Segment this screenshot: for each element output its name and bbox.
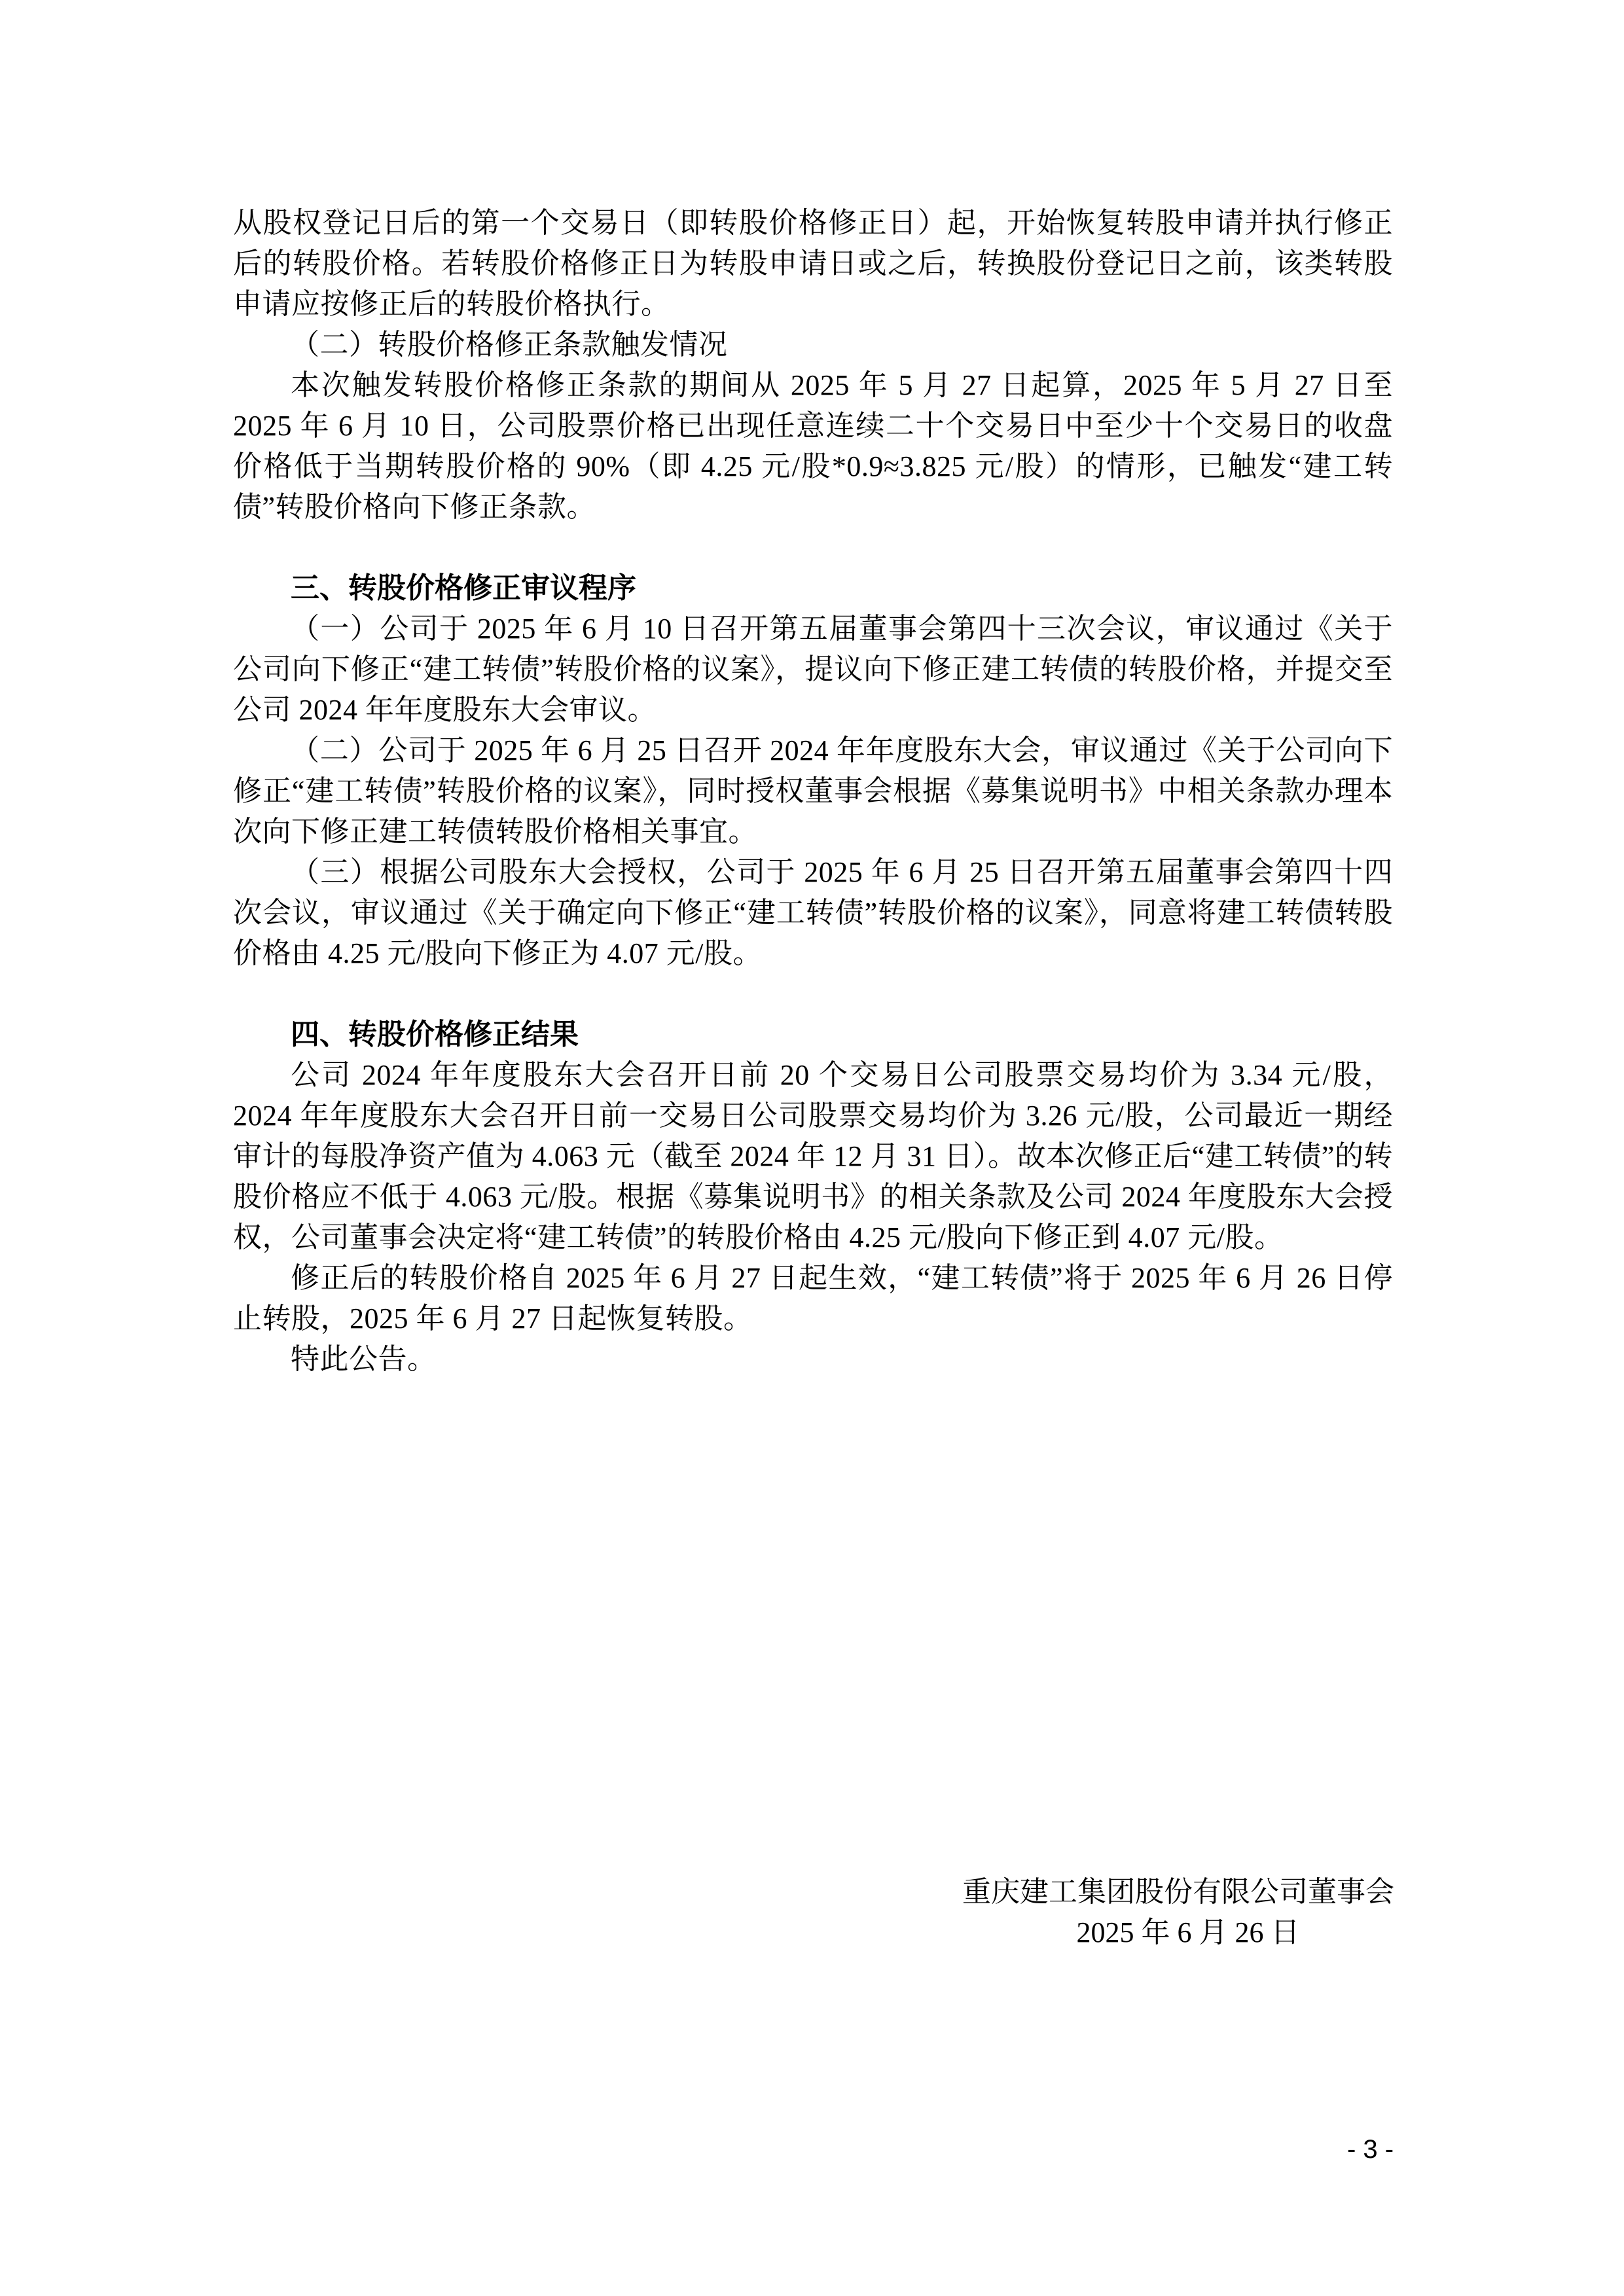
paragraph-effective-date: 修正后的转股价格自 2025 年 6 月 27 日起生效，“建工转债”将于 20… bbox=[233, 1258, 1393, 1339]
paragraph-trigger-details: 本次触发转股价格修正条款的期间从 2025 年 5 月 27 日起算，2025 … bbox=[233, 365, 1393, 528]
signing-organization: 重庆建工集团股份有限公司董事会 bbox=[851, 1872, 1394, 1912]
paragraph-revision-basis: 公司 2024 年年度股东大会召开日前 20 个交易日公司股票交易均价为 3.3… bbox=[233, 1055, 1393, 1258]
subsection-title-trigger: （二）转股价格修正条款触发情况 bbox=[233, 325, 1393, 365]
section-heading-revision-result: 四、转股价格修正结果 bbox=[233, 1014, 1393, 1055]
signature-block: 重庆建工集团股份有限公司董事会 2025 年 6 月 26 日 bbox=[851, 1872, 1394, 1953]
document-page: 从股权登记日后的第一个交易日（即转股价格修正日）起，开始恢复转股申请并执行修正后… bbox=[0, 0, 1624, 2296]
page-number: - 3 - bbox=[1347, 2135, 1394, 2164]
signing-date: 2025 年 6 月 26 日 bbox=[851, 1912, 1394, 1953]
paragraph-board-meeting-44: （三）根据公司股东大会授权，公司于 2025 年 6 月 25 日召开第五届董事… bbox=[233, 852, 1393, 974]
closing-statement: 特此公告。 bbox=[233, 1339, 1393, 1380]
document-body: 从股权登记日后的第一个交易日（即转股价格修正日）起，开始恢复转股申请并执行修正后… bbox=[233, 203, 1393, 1380]
section-heading-review-procedure: 三、转股价格修正审议程序 bbox=[233, 568, 1393, 609]
paragraph-resume-conversion: 从股权登记日后的第一个交易日（即转股价格修正日）起，开始恢复转股申请并执行修正后… bbox=[233, 203, 1393, 325]
paragraph-board-meeting-43: （一）公司于 2025 年 6 月 10 日召开第五届董事会第四十三次会议，审议… bbox=[233, 609, 1393, 730]
paragraph-shareholder-meeting: （二）公司于 2025 年 6 月 25 日召开 2024 年年度股东大会，审议… bbox=[233, 730, 1393, 852]
